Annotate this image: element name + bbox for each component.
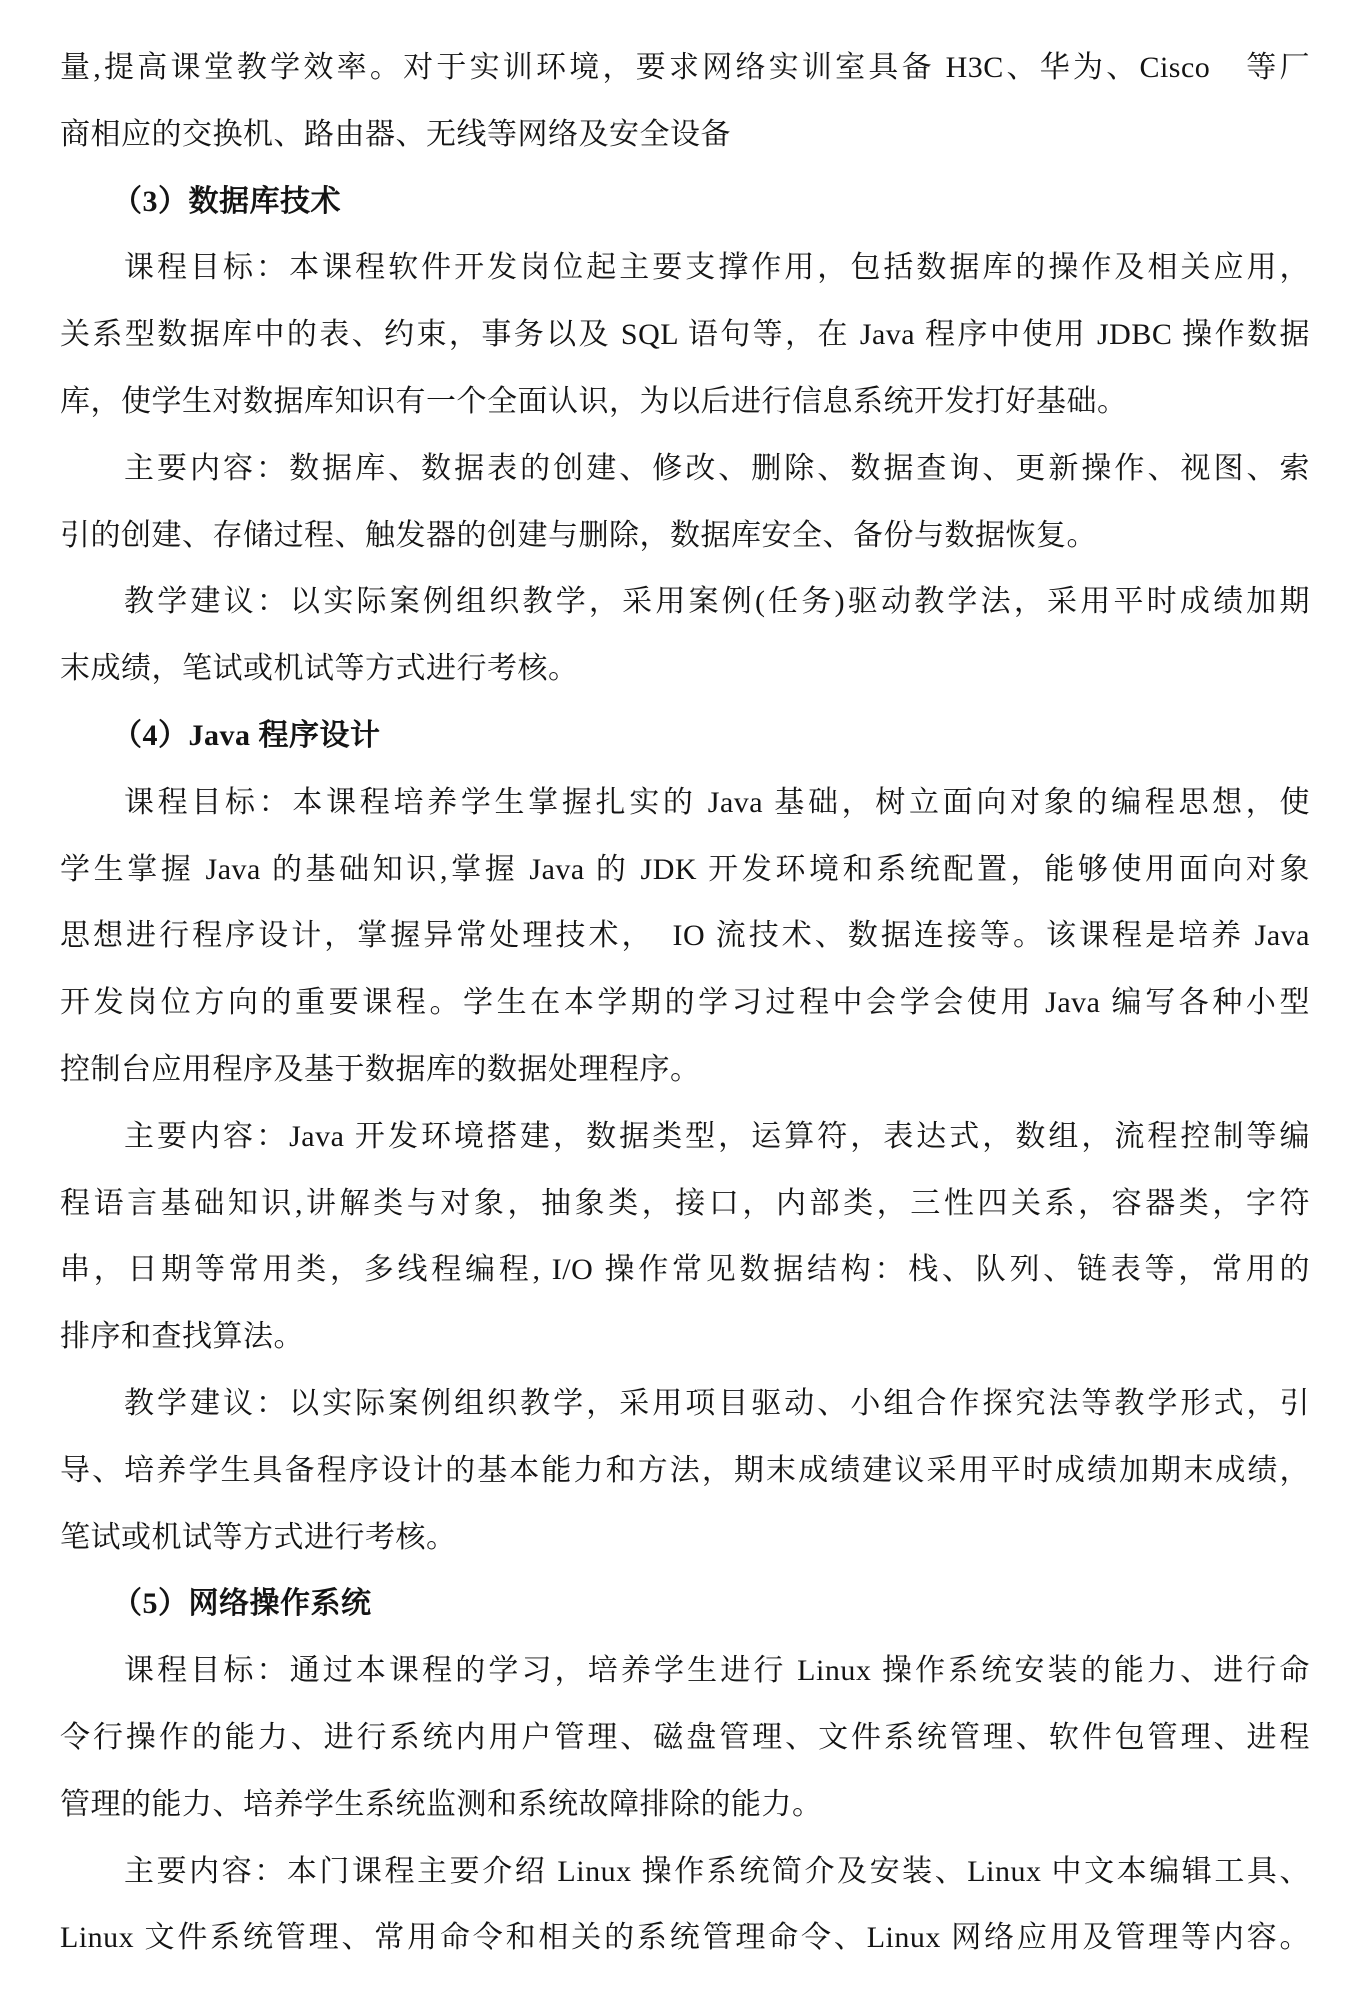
text-line: 主要内容：本门课程主要介绍 Linux 操作系统简介及安装、Linux 中文本编… — [60, 1839, 1310, 1906]
text-line: 程语言基础知识,讲解类与对象，抽象类，接口，内部类，三性四关系，容器类，字符 — [60, 1171, 1310, 1238]
text-line: 引的创建、存储过程、触发器的创建与删除，数据库安全、备份与数据恢复。 — [60, 503, 1310, 570]
text-line: 串，日期等常用类，多线程编程, I/O 操作常见数据结构：栈、队列、链表等，常用… — [60, 1237, 1310, 1304]
text-line: 主要内容：Java 开发环境搭建，数据类型，运算符，表达式，数组，流程控制等编 — [60, 1104, 1310, 1171]
text-line: 教学建议：以实际案例组织教学，采用案例(任务)驱动教学法，采用平时成绩加期 — [60, 569, 1310, 636]
text-line: 开发岗位方向的重要课程。学生在本学期的学习过程中会学会使用 Java 编写各种小… — [60, 970, 1310, 1037]
text-line: 关系型数据库中的表、约束，事务以及 SQL 语句等，在 Java 程序中使用 J… — [60, 302, 1310, 369]
text-line: 导、培养学生具备程序设计的基本能力和方法，期末成绩建议采用平时成绩加期末成绩， — [60, 1438, 1310, 1505]
section-heading: （5）网络操作系统 — [60, 1571, 1310, 1638]
document-body: 量,提高课堂教学效率。对于实训环境，要求网络实训室具备 H3C、华为、Cisco… — [60, 35, 1310, 1972]
text-line: 末成绩，笔试或机试等方式进行考核。 — [60, 636, 1310, 703]
text-line: 量,提高课堂教学效率。对于实训环境，要求网络实训室具备 H3C、华为、Cisco… — [60, 35, 1310, 102]
text-line: 排序和查找算法。 — [60, 1304, 1310, 1371]
section-heading: （3）数据库技术 — [60, 169, 1310, 236]
text-line: 控制台应用程序及基于数据库的数据处理程序。 — [60, 1037, 1310, 1104]
text-line: 库，使学生对数据库知识有一个全面认识，为以后进行信息系统开发打好基础。 — [60, 369, 1310, 436]
text-line: 笔试或机试等方式进行考核。 — [60, 1505, 1310, 1572]
section-heading: （4）Java 程序设计 — [60, 703, 1310, 770]
text-line: 管理的能力、培养学生系统监测和系统故障排除的能力。 — [60, 1772, 1310, 1839]
text-line: 思想进行程序设计，掌握异常处理技术， IO 流技术、数据连接等。该课程是培养 J… — [60, 903, 1310, 970]
text-line: 课程目标：本课程软件开发岗位起主要支撑作用，包括数据库的操作及相关应用， — [60, 235, 1310, 302]
text-line: 主要内容：数据库、数据表的创建、修改、删除、数据查询、更新操作、视图、索 — [60, 436, 1310, 503]
text-line: 教学建议：以实际案例组织教学，采用项目驱动、小组合作探究法等教学形式，引 — [60, 1371, 1310, 1438]
text-line: 学生掌握 Java 的基础知识,掌握 Java 的 JDK 开发环境和系统配置，… — [60, 837, 1310, 904]
text-line: 课程目标：通过本课程的学习，培养学生进行 Linux 操作系统安装的能力、进行命 — [60, 1638, 1310, 1705]
document-page: 量,提高课堂教学效率。对于实训环境，要求网络实训室具备 H3C、华为、Cisco… — [0, 0, 1366, 1996]
text-line: 令行操作的能力、进行系统内用户管理、磁盘管理、文件系统管理、软件包管理、进程 — [60, 1705, 1310, 1772]
text-line: 商相应的交换机、路由器、无线等网络及安全设备 — [60, 102, 1310, 169]
text-line: 课程目标：本课程培养学生掌握扎实的 Java 基础，树立面向对象的编程思想，使 — [60, 770, 1310, 837]
text-line: Linux 文件系统管理、常用命令和相关的系统管理命令、Linux 网络应用及管… — [60, 1905, 1310, 1972]
